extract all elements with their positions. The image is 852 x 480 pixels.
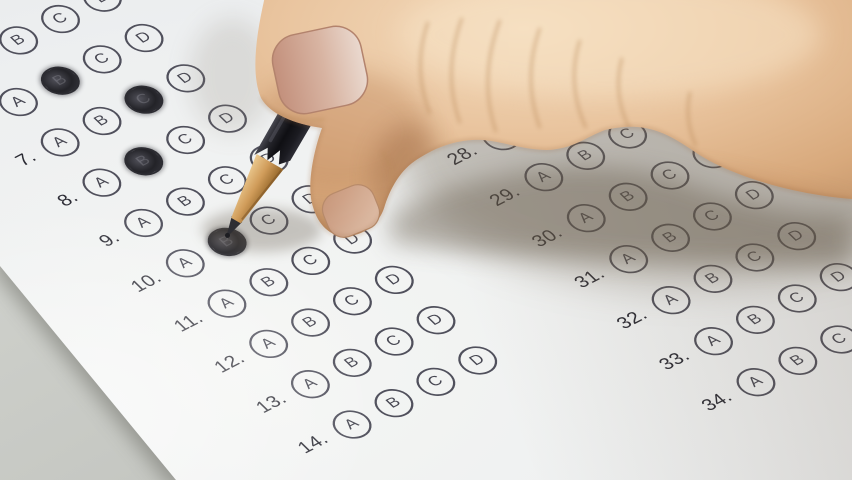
- question-number: 8.: [32, 188, 83, 221]
- question-number: 29.: [474, 183, 525, 216]
- bubble-a: A: [116, 203, 171, 242]
- bubble-b: B: [770, 341, 825, 380]
- bubble-d: D: [642, 94, 697, 133]
- bubble-a: A: [516, 158, 571, 197]
- bubble-d: D: [117, 18, 172, 57]
- bubble-c: C: [75, 40, 130, 79]
- bubble-b: B: [686, 259, 741, 298]
- bubble-a: A: [644, 281, 699, 320]
- bubble-a: A: [158, 244, 213, 283]
- bubble-b: B: [367, 384, 422, 423]
- bubble-a: A: [474, 117, 529, 156]
- bubble-c: C: [117, 80, 172, 119]
- bubble-a: A: [283, 365, 338, 404]
- bubble-b: B: [200, 222, 255, 261]
- question-number: 12.: [199, 349, 250, 382]
- bubble-b: B: [0, 0, 4, 20]
- bubble-c: C: [283, 241, 338, 280]
- bubble-d: D: [685, 135, 740, 174]
- bubble-d: D: [200, 99, 255, 138]
- bubble-d: D: [367, 260, 422, 299]
- question-number: 28.: [432, 142, 483, 175]
- question-number: 7.: [0, 148, 42, 181]
- bubble-b: B: [516, 95, 571, 134]
- bubble-d: D: [158, 59, 213, 98]
- bubble-c: C: [600, 115, 655, 154]
- bubble-d: D: [812, 258, 852, 297]
- bubble-b: B: [558, 136, 613, 175]
- bubble-d: D: [325, 220, 380, 259]
- bubble-c: C: [325, 282, 380, 321]
- bubble-a: A: [686, 322, 741, 361]
- bubble-c: C: [158, 120, 213, 159]
- bubble-b: B: [75, 101, 130, 140]
- bubble-a: A: [75, 163, 130, 202]
- question-number: 34.: [687, 388, 738, 421]
- bubble-a: A: [729, 363, 784, 402]
- bubble-c: C: [200, 161, 255, 200]
- question-number: 13.: [241, 390, 292, 423]
- bubble-d: D: [600, 53, 655, 92]
- bubble-b: B: [283, 303, 338, 342]
- bubble-b: B: [643, 218, 698, 257]
- bubble-b: B: [241, 263, 296, 302]
- question-number: 33.: [644, 347, 695, 380]
- bubble-d: D: [769, 217, 824, 256]
- bubble-c: C: [727, 238, 782, 277]
- bubble-b: B: [0, 21, 46, 60]
- question-number: 31.: [559, 265, 610, 298]
- bubble-b: B: [158, 182, 213, 221]
- bubble-a: A: [33, 123, 88, 162]
- question-number: 11.: [158, 309, 209, 342]
- bubble-c: C: [812, 320, 852, 359]
- question-column-left: ABCDABCDABCD7.ABCD8.ABCD9.ABCD10.ABCD11.…: [0, 0, 603, 480]
- bubble-a: A: [200, 284, 255, 323]
- bubble-b: B: [325, 343, 380, 382]
- bubble-b: B: [601, 177, 656, 216]
- bubble-d: D: [409, 301, 464, 340]
- bubble-c: C: [685, 197, 740, 236]
- bubble-b: B: [33, 61, 88, 100]
- bubble-b: B: [116, 142, 171, 181]
- bubble-c: C: [367, 322, 422, 361]
- bubble-d: D: [450, 341, 505, 380]
- photo-scene: ABCDABCDABCD7.ABCD8.ABCD9.ABCD10.ABCD11.…: [0, 0, 852, 480]
- bubble-a: A: [601, 240, 656, 279]
- bubble-d: D: [727, 176, 782, 215]
- answer-sheet-paper: ABCDABCDABCD7.ABCD8.ABCD9.ABCD10.ABCD11.…: [0, 0, 852, 480]
- bubble-a: A: [559, 199, 614, 238]
- bubble-b: B: [728, 300, 783, 339]
- question-number: 9.: [74, 228, 125, 261]
- question-number: 10.: [116, 269, 167, 302]
- bubble-d: D: [75, 0, 130, 17]
- bubble-c: C: [408, 362, 463, 401]
- bubble-a: A: [0, 82, 46, 121]
- bubble-d: D: [284, 180, 339, 219]
- question-number: 32.: [602, 306, 653, 339]
- bubble-c: C: [242, 201, 297, 240]
- bubble-c: C: [558, 74, 613, 113]
- bubble-c: C: [33, 0, 88, 39]
- bubble-c: C: [770, 279, 825, 318]
- question-number: 14.: [283, 430, 334, 463]
- bubble-c: C: [643, 156, 698, 195]
- bubble-a: A: [325, 405, 380, 444]
- bubble-d: D: [242, 139, 297, 178]
- question-number: 30.: [517, 224, 568, 257]
- paper-drop-shadow: ABCDABCDABCD7.ABCD8.ABCD9.ABCD10.ABCD11.…: [0, 0, 852, 480]
- bubble-a: A: [241, 324, 296, 363]
